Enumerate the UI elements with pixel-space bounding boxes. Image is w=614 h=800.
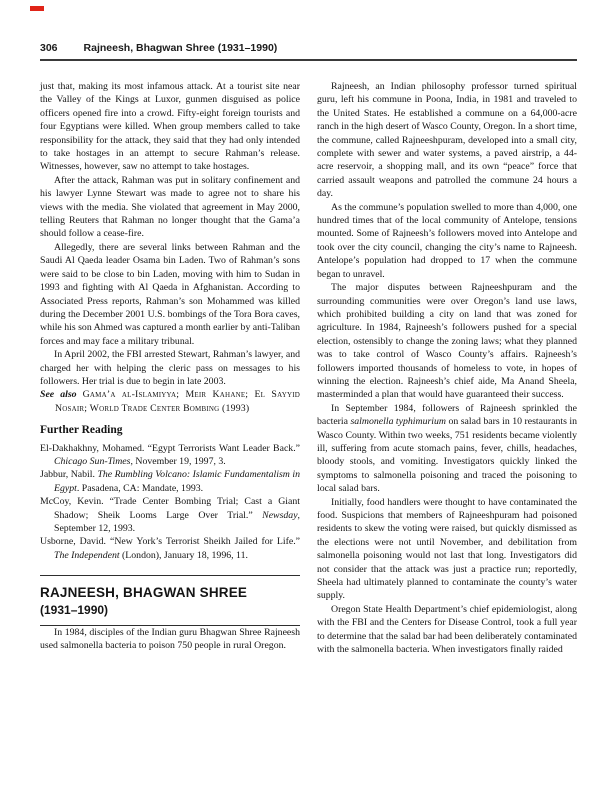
paragraph: Oregon State Health Department’s chief e… [317, 603, 577, 657]
entry-source-title: Newsday [262, 510, 297, 521]
bibliography-entry: McCoy, Kevin. “Trade Center Bombing Tria… [40, 495, 300, 535]
entry-dates: (1931–1990) [40, 604, 300, 617]
entry-citation-text: Usborne, David. “New York’s Terrorist Sh… [40, 536, 300, 547]
paragraph: After the attack, Rahman was put in soli… [40, 174, 300, 241]
bibliography-entry: Jabbur, Nabil. The Rumbling Volcano: Isl… [40, 468, 300, 495]
paragraph: Allegedly, there are several links betwe… [40, 241, 300, 348]
paragraph: As the commune’s population swelled to m… [317, 201, 577, 281]
further-reading-title: Further Reading [40, 424, 300, 437]
see-also-label: See also [40, 389, 77, 400]
see-also-line: See also Gama’a al-Islamiyya; Meir Kahan… [40, 388, 300, 415]
paragraph: In September 1984, followers of Rajneesh… [317, 402, 577, 496]
right-column: Rajneesh, an Indian philosophy professor… [317, 80, 577, 656]
entry-citation-text: (London), January 18, 1996, 11. [120, 550, 248, 561]
bibliography-entry: Usborne, David. “New York’s Terrorist Sh… [40, 535, 300, 562]
entry-citation-text: McCoy, Kevin. “Trade Center Bombing Tria… [40, 496, 300, 520]
entry-citation-text: . Pasadena, CA: Mandate, 1993. [77, 483, 203, 494]
paragraph-text: on salad bars in 10 restaurants in Wasco… [317, 416, 577, 494]
entry-citation-text: , November 19, 1997, 3. [130, 456, 225, 467]
bibliography-entry: El-Dakhakhny, Mohamed. “Egypt Terrorists… [40, 442, 300, 469]
entry-citation-text: El-Dakhakhny, Mohamed. “Egypt Terrorists… [40, 443, 300, 454]
left-column: just that, making its most infamous atta… [40, 80, 300, 656]
paragraph: In 1984, disciples of the Indian guru Bh… [40, 626, 300, 653]
entry-source-title: Chicago Sun-Times [54, 456, 130, 467]
article-entry-heading: RAJNEESH, BHAGWAN SHREE (1931–1990) In 1… [40, 575, 300, 652]
text-columns: just that, making its most infamous atta… [40, 80, 577, 656]
divider [40, 575, 300, 576]
running-header: 306 Rajneesh, Bhagwan Shree (1931–1990) [40, 42, 577, 61]
paragraph: just that, making its most infamous atta… [40, 80, 300, 174]
entry-source-title: The Independent [54, 550, 120, 561]
entry-citation-text: Jabbur, Nabil. [40, 469, 97, 480]
red-artifact-mark [30, 6, 44, 11]
see-also-references: Gama’a al-Islamiyya; Meir Kahane; El Say… [55, 389, 300, 413]
book-page: 306 Rajneesh, Bhagwan Shree (1931–1990) … [0, 0, 614, 800]
entry-title: RAJNEESH, BHAGWAN SHREE [40, 585, 300, 601]
paragraph: Initially, food handlers were thought to… [317, 496, 577, 603]
species-name-italic: salmonella typhimurium [350, 416, 446, 427]
paragraph: In April 2002, the FBI arrested Stewart,… [40, 348, 300, 388]
paragraph: The major disputes between Rajneeshpuram… [317, 281, 577, 402]
running-header-title: Rajneesh, Bhagwan Shree (1931–1990) [84, 42, 278, 54]
page-number: 306 [40, 42, 58, 54]
paragraph: Rajneesh, an Indian philosophy professor… [317, 80, 577, 201]
